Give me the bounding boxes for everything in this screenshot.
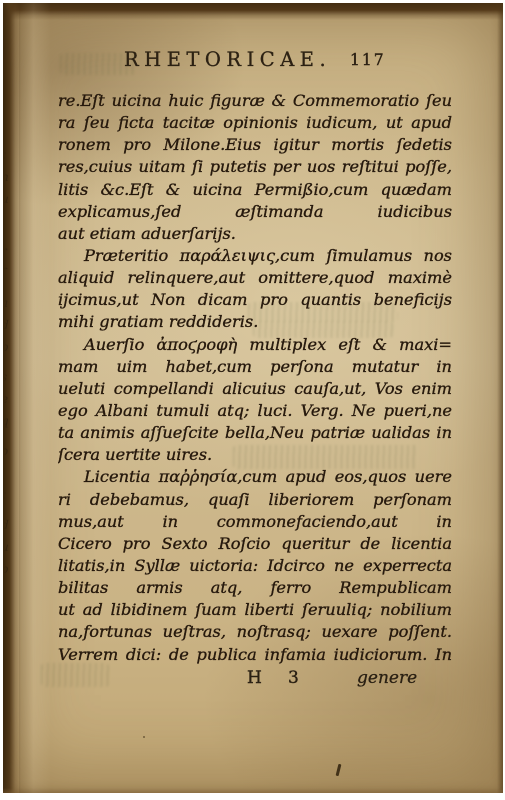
ink-speck — [336, 764, 342, 776]
edge-letter-fragment: d — [4, 319, 14, 331]
edge-letter-fragment: b — [4, 341, 14, 353]
text-line: res,cuius uitam ſi putetis per uos reſti… — [58, 156, 452, 178]
text-line: mus,aut in commonefaciendo,aut in obiurg… — [58, 511, 452, 533]
ink-speck — [143, 736, 145, 738]
text-line: aut etiam aduerſarijs. — [58, 223, 452, 245]
text-line: ſcera uertite uires. — [58, 444, 452, 466]
edge-letter-fragment: e — [4, 393, 14, 405]
text-line: litis &c.Eſt & uicina Permißio,cum quæda… — [58, 179, 452, 201]
text-line: ueluti compellandi alicuius cauſa,ut, Vo… — [58, 378, 452, 400]
text-line: Licentia παῤῥησία,cum apud eos,quos uere — [58, 466, 452, 488]
signature-letter: H — [247, 668, 262, 688]
text-line: ego Albani tumuli atq; luci. Verg. Ne pu… — [58, 400, 452, 422]
edge-letter-fragment: o — [4, 445, 14, 457]
text-line: re.Eſt uicina huic figuræ & Commemoratio… — [58, 90, 452, 112]
text-line: Verrem dici: de publica infamia iudicior… — [58, 644, 452, 666]
running-header-title: RHETORICAE. — [124, 48, 331, 71]
edge-letter-fragment: q — [4, 415, 14, 427]
edge-letter-fragment: b — [4, 563, 14, 575]
edge-letter-fragment: r — [4, 245, 14, 257]
text-line: Cicero pro Sexto Roſcio queritur de lice… — [58, 533, 452, 555]
edge-letter-fragment: i — [4, 223, 14, 235]
text-line: bilitas armis atq, ferro Rempublicam rec… — [58, 577, 452, 599]
text-line: litatis,in Syllæ uictoria: Idcirco ne ex… — [58, 555, 452, 577]
text-line: na,fortunas ueſtras, noſtrasq; uexare po… — [58, 621, 452, 643]
edge-letter-fragment: u — [4, 541, 14, 553]
catchword: genere — [357, 668, 417, 688]
signature-number: 3 — [288, 668, 299, 688]
running-header-row: RHETORICAE. 117 — [3, 48, 503, 78]
edge-letter-fragment: t — [4, 149, 14, 161]
edge-letter-fragment: d — [4, 519, 14, 531]
text-line: mihi gratiam reddideris. — [58, 311, 452, 333]
edge-letter-fragment: i — [4, 467, 14, 479]
edge-letter-fragment: ſ — [4, 267, 14, 279]
text-line: ra ſeu ficta tacitæ opinionis iudicum, u… — [58, 112, 452, 134]
page-top-edge — [3, 3, 503, 20]
edge-letter-fragment: u — [4, 193, 14, 205]
text-line: aliquid relinquere,aut omittere,quod max… — [58, 267, 452, 289]
page-number: 117 — [350, 51, 386, 69]
text-line: Præteritio παράλειψις,cum ſimulamus nos — [58, 245, 452, 267]
text-line: ronem pro Milone.Eius igitur mortis ſede… — [58, 134, 452, 156]
edge-letter-fragment: s — [4, 371, 14, 383]
edge-letter-fragment: t — [4, 489, 14, 501]
text-line: explicamus,ſed æſtimanda iudicibus relin… — [58, 201, 452, 223]
text-line: Auerſio ἀποϛροφὴ multiplex eſt & maxi= — [58, 334, 452, 356]
text-line: ri debebamus, quaſi liberiorem perſonam … — [58, 489, 452, 511]
signature-catchword-line: H 3 genere — [3, 668, 503, 692]
text-line: mam uim habet,cum perſona mutatur in ora… — [58, 356, 452, 378]
edge-letter-fragment: n — [4, 171, 14, 183]
page-bottom-edge — [3, 788, 503, 793]
book-page-photo: tnuirſadbseqoitdub RHETORICAE. 117 re.Eſ… — [3, 3, 503, 793]
body-text-block: re.Eſt uicina huic figuræ & Commemoratio… — [58, 90, 452, 666]
text-line: ta animis aſſueſcite bella,Neu patriæ ua… — [58, 422, 452, 444]
edge-letter-fragment: a — [4, 297, 14, 309]
text-line: ijcimus,ut Non dicam pro quantis benefic… — [58, 289, 452, 311]
text-line: ut ad libidinem ſuam liberti ſeruuliq; n… — [58, 599, 452, 621]
